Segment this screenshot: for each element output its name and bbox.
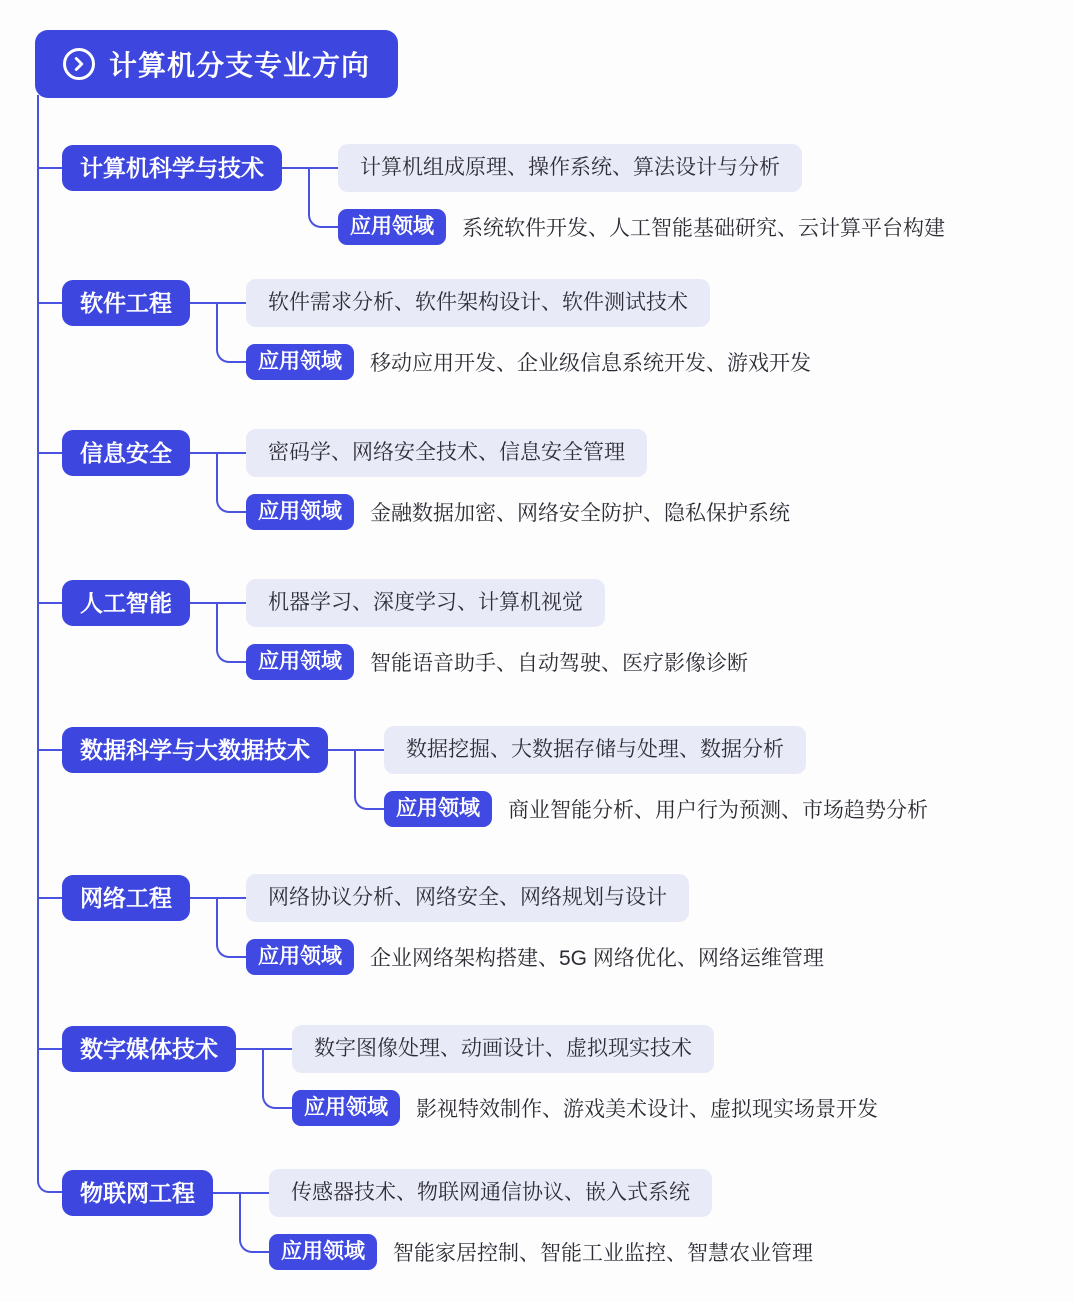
branch-row: 信息安全 密码学、网络安全技术、信息安全管理 应用领域 金融数据加密、网络安全防… [62,430,790,530]
branch-connector [190,580,246,680]
application-tag: 应用领域 [246,344,354,380]
application-text: 企业网络架构搭建、5G 网络优化、网络运维管理 [370,942,824,972]
branch-node: 物联网工程 [62,1170,213,1216]
courses-box: 网络协议分析、网络安全、网络规划与设计 [246,874,689,922]
trunk-line [37,95,39,1162]
application-tag: 应用领域 [269,1234,377,1270]
branch-node: 数据科学与大数据技术 [62,727,328,773]
application-tag: 应用领域 [338,209,446,245]
application-text: 智能家居控制、智能工业监控、智慧农业管理 [393,1237,813,1267]
branch-tick [37,167,63,169]
application-text: 影视特效制作、游戏美术设计、虚拟现实场景开发 [416,1093,878,1123]
branch-connector [213,1170,269,1270]
mindmap-canvas: 计算机分支专业方向 计算机科学与技术 计算机组成原理、操作系统、算法设计与分析 … [0,0,1074,1302]
application-tag: 应用领域 [384,791,492,827]
application-text: 系统软件开发、人工智能基础研究、云计算平台构建 [462,212,945,242]
courses-box: 机器学习、深度学习、计算机视觉 [246,579,605,627]
branch-row: 计算机科学与技术 计算机组成原理、操作系统、算法设计与分析 应用领域 系统软件开… [62,145,945,245]
branch-row: 软件工程 软件需求分析、软件架构设计、软件测试技术 应用领域 移动应用开发、企业… [62,280,811,380]
branch-row: 数字媒体技术 数字图像处理、动画设计、虚拟现实技术 应用领域 影视特效制作、游戏… [62,1026,878,1126]
branch-row: 人工智能 机器学习、深度学习、计算机视觉 应用领域 智能语音助手、自动驾驶、医疗… [62,580,748,680]
branch-tick [37,897,63,899]
branch-tick [37,302,63,304]
courses-box: 软件需求分析、软件架构设计、软件测试技术 [246,279,710,327]
branch-connector [282,145,338,245]
branch-node: 人工智能 [62,580,190,626]
courses-box: 数据挖掘、大数据存储与处理、数据分析 [384,726,806,774]
application-tag: 应用领域 [292,1090,400,1126]
application-text: 移动应用开发、企业级信息系统开发、游戏开发 [370,347,811,377]
branch-row: 数据科学与大数据技术 数据挖掘、大数据存储与处理、数据分析 应用领域 商业智能分… [62,727,928,827]
branch-row: 网络工程 网络协议分析、网络安全、网络规划与设计 应用领域 企业网络架构搭建、5… [62,875,824,975]
application-text: 智能语音助手、自动驾驶、医疗影像诊断 [370,647,748,677]
application-tag: 应用领域 [246,644,354,680]
branch-tick [37,602,63,604]
branch-connector [190,280,246,380]
branch-connector [190,875,246,975]
branch-tick [37,1048,63,1050]
branch-node: 网络工程 [62,875,190,921]
branch-tick [37,452,63,454]
branch-connector [236,1026,292,1126]
courses-box: 数字图像处理、动画设计、虚拟现实技术 [292,1025,714,1073]
branch-node: 信息安全 [62,430,190,476]
application-tag: 应用领域 [246,494,354,530]
courses-box: 传感器技术、物联网通信协议、嵌入式系统 [269,1169,712,1217]
branch-node: 软件工程 [62,280,190,326]
application-text: 金融数据加密、网络安全防护、隐私保护系统 [370,497,790,527]
page-title: 计算机分支专业方向 [109,44,370,84]
application-text: 商业智能分析、用户行为预测、市场趋势分析 [508,794,928,824]
branch-connector [328,727,384,827]
branch-row: 物联网工程 传感器技术、物联网通信协议、嵌入式系统 应用领域 智能家居控制、智能… [62,1170,813,1270]
branch-tick [37,749,63,751]
root-topic-node: 计算机分支专业方向 [35,30,398,98]
branch-node: 计算机科学与技术 [62,145,282,191]
trunk-elbow-line [37,1162,62,1193]
courses-box: 密码学、网络安全技术、信息安全管理 [246,429,647,477]
courses-box: 计算机组成原理、操作系统、算法设计与分析 [338,144,802,192]
branch-node: 数字媒体技术 [62,1026,236,1072]
chevron-circle-icon [63,48,95,80]
branch-connector [190,430,246,530]
application-tag: 应用领域 [246,939,354,975]
